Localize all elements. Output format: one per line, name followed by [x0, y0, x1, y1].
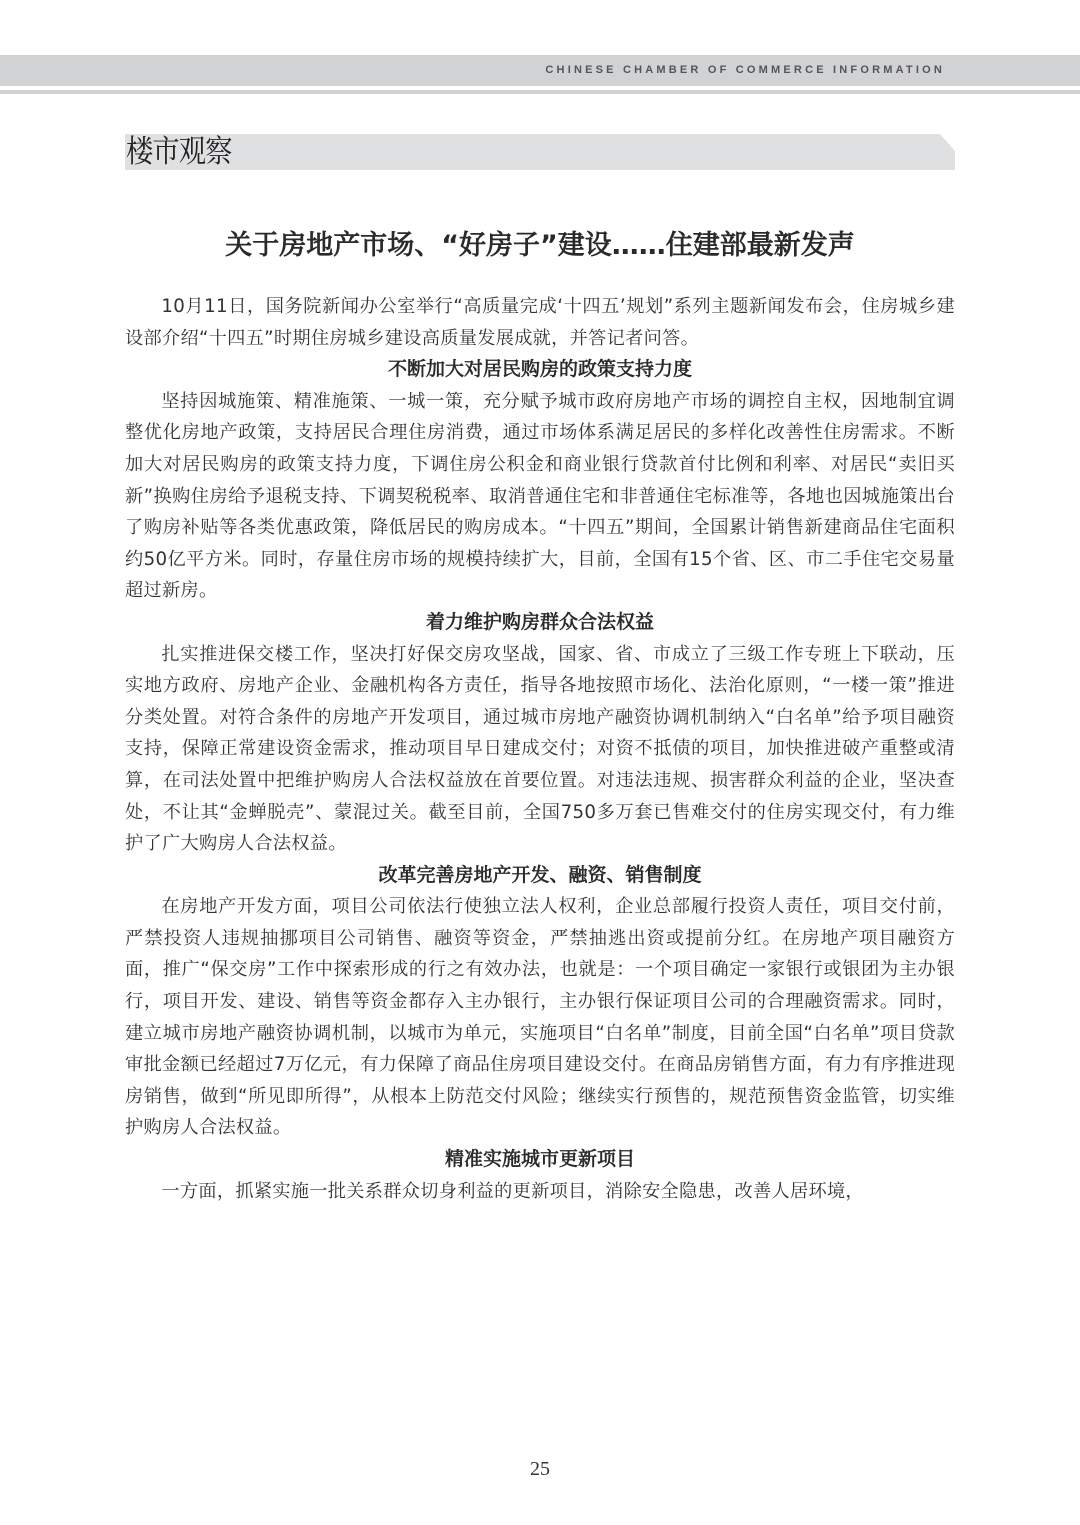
- subhead-policy-support: 不断加大对居民购房的政策支持力度: [125, 354, 955, 386]
- subhead-buyer-rights: 着力维护购房群众合法权益: [125, 607, 955, 639]
- header-band: CHINESE CHAMBER OF COMMERCE INFORMATION: [0, 55, 1080, 86]
- publication-name: CHINESE CHAMBER OF COMMERCE INFORMATION: [545, 55, 945, 86]
- section-title: 楼市观察: [126, 133, 232, 171]
- intro-paragraph: 10月11日，国务院新闻办公室举行“高质量完成‘十四五’规划”系列主题新闻发布会…: [125, 291, 955, 354]
- subhead-urban-renewal: 精准实施城市更新项目: [125, 1144, 955, 1176]
- paragraph-buyer-rights: 扎实推进保交楼工作，坚决打好保交房攻坚战，国家、省、市成立了三级工作专班上下联动…: [125, 639, 955, 860]
- paragraph-urban-renewal: 一方面，抓紧实施一批关系群众切身利益的更新项目，消除安全隐患，改善人居环境，: [125, 1176, 955, 1208]
- section-band: [125, 134, 955, 170]
- header-rule: [0, 90, 1080, 94]
- article-body: 10月11日，国务院新闻办公室举行“高质量完成‘十四五’规划”系列主题新闻发布会…: [125, 291, 955, 1207]
- paragraph-policy-support: 坚持因城施策、精准施策、一城一策，充分赋予城市政府房地产市场的调控自主权，因地制…: [125, 386, 955, 607]
- paragraph-system-reform: 在房地产开发方面，项目公司依法行使独立法人权利，企业总部履行投资人责任，项目交付…: [125, 891, 955, 1144]
- subhead-system-reform: 改革完善房地产开发、融资、销售制度: [125, 860, 955, 892]
- article-title: 关于房地产市场、“好房子”建设……住建部最新发声: [0, 226, 1080, 266]
- page-number: 25: [0, 1458, 1080, 1481]
